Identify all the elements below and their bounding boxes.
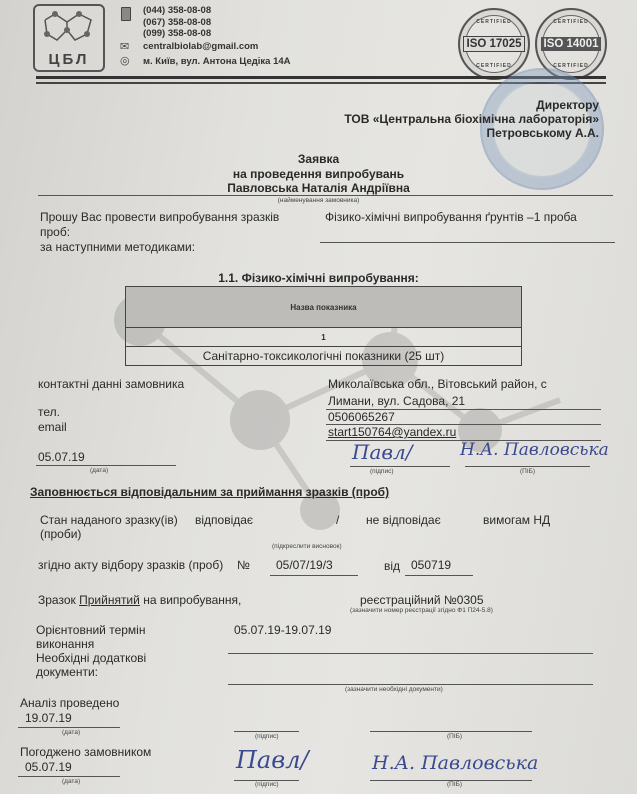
term-label-2: виконання — [36, 637, 94, 651]
agreed-name-caption: (ПІБ) — [447, 781, 462, 788]
phone-2: (067) 358-08-08 — [143, 17, 211, 28]
lab-address: м. Київ, вул. Антона Цедіка 14А — [143, 56, 291, 67]
docs-input-line[interactable] — [228, 684, 593, 685]
state-label: Стан наданого зразку(ів) — [40, 513, 178, 527]
not-complies-option[interactable]: не відповідає — [366, 513, 441, 527]
underline-caption: (підкреслити висновок) — [272, 543, 342, 550]
agreed-signature: Пaвл/ — [236, 746, 309, 774]
location-pin-icon: ◎ — [120, 54, 130, 67]
analysis-label: Аналіз проведено — [20, 696, 119, 710]
docs-label-2: документи: — [36, 665, 98, 679]
email-label: email — [38, 420, 67, 434]
lab-logo: ЦБЛ — [33, 4, 105, 72]
request-value[interactable]: Фізико-хімічні випробування ґрунтів –1 п… — [325, 210, 577, 224]
customer-name-signature: Н.А. Павловська — [460, 440, 609, 460]
act-number[interactable]: 05/07/19/3 — [276, 558, 333, 572]
term-value[interactable]: 05.07.19-19.07.19 — [234, 623, 331, 637]
phone-1: (044) 358-08-08 — [143, 5, 211, 16]
customer-signature: Пaвл/ — [352, 440, 412, 464]
date-caption: (дата) — [90, 467, 108, 474]
phone-3: (099) 358-08-08 — [143, 28, 211, 39]
registration-caption: (зазначити номер реєстрації згідно Ф1 П2… — [350, 607, 493, 614]
state-label-2: (проби) — [40, 527, 81, 541]
addressee-title: Директору — [536, 98, 599, 112]
request-label: Прошу Вас провести випробування зразків — [40, 210, 279, 224]
analysis-signature-caption: (підпис) — [255, 733, 279, 740]
application-form-document: ЦБЛ (044) 358-08-08 (067) 358-08-08 (099… — [0, 0, 637, 794]
addressee-name: Петровському А.А. — [486, 126, 599, 140]
signature-caption: (підпис) — [370, 468, 394, 475]
number-sign: № — [237, 558, 250, 572]
sample-status[interactable]: Прийнятий — [79, 593, 140, 607]
act-label: згідно акту відбору зразків (проб) — [38, 558, 223, 572]
iso-17025-seal: CERTIFIED ISO 17025 CERTIFIED — [458, 8, 530, 80]
act-date[interactable]: 050719 — [411, 558, 451, 572]
customer-phone[interactable]: 0506065267 — [328, 410, 395, 424]
customer-address-line2[interactable]: Лимани, вул. Садова, 21 — [328, 394, 465, 408]
customer-name: Павловська Наталія Андріївна — [0, 181, 637, 195]
tests-table: Назва показника 1 Санітарно-токсикологіч… — [125, 286, 522, 366]
request-label-2: проб: — [40, 225, 70, 239]
document-title: Заявка — [0, 152, 637, 166]
lab-email[interactable]: centralbiolab@gmail.com — [143, 41, 258, 52]
agreed-date-caption: (дата) — [62, 778, 80, 785]
analysis-date[interactable]: 19.07.19 — [25, 711, 72, 725]
mail-icon: ✉ — [120, 40, 129, 53]
request-date[interactable]: 05.07.19 — [38, 450, 85, 464]
table-row[interactable]: Санітарно-токсикологічні показники (25 ш… — [126, 347, 521, 365]
agreed-name-signature: Н.А. Павловська — [372, 752, 538, 774]
analysis-name-caption: (ПІБ) — [447, 733, 462, 740]
phone-icon — [121, 7, 131, 21]
logo-text: ЦБЛ — [35, 51, 103, 68]
agreed-date[interactable]: 05.07.19 — [25, 760, 72, 774]
table-header: Назва показника — [126, 287, 521, 328]
docs-label: Необхідні додаткові — [36, 651, 146, 665]
table-column-number: 1 — [126, 328, 521, 347]
molecule-logo-icon — [41, 10, 95, 46]
document-subtitle: на проведення випробувань — [0, 167, 637, 181]
customer-caption: (найменування замовника) — [0, 197, 637, 204]
section-title: 1.1. Фізико-хімічні випробування: — [0, 271, 637, 285]
agreed-label: Погоджено замовником — [20, 745, 151, 759]
term-label: Орієнтовний термін — [36, 623, 145, 637]
name-caption: (ПІБ) — [520, 468, 535, 475]
request-label-3: за наступними методиками: — [40, 240, 195, 254]
phone-label: тел. — [38, 405, 60, 419]
acceptance-heading: Заповнюється відповідальним за приймання… — [30, 485, 389, 499]
agreed-signature-caption: (підпис) — [255, 781, 279, 788]
contacts-label: контактні данні замовника — [38, 377, 184, 391]
complies-option[interactable]: відповідає — [195, 513, 253, 527]
option-separator: / — [336, 513, 339, 527]
sample-status-line: Зразок Прийнятий на випробування, — [38, 593, 241, 607]
addressee-company: ТОВ «Центральна біохімічна лабораторія» — [344, 112, 599, 126]
docs-caption: (зазначити необхідні документи) — [345, 686, 443, 693]
requirements-label: вимогам НД — [483, 513, 550, 527]
customer-address-line1[interactable]: Миколаївська обл., Вітовський район, с — [328, 377, 547, 391]
analysis-date-caption: (дата) — [62, 729, 80, 736]
from-label: від — [384, 559, 400, 573]
customer-email[interactable]: start150764@yandex.ru — [328, 425, 456, 439]
registration-number[interactable]: реєстраційний №0305 — [360, 593, 484, 607]
